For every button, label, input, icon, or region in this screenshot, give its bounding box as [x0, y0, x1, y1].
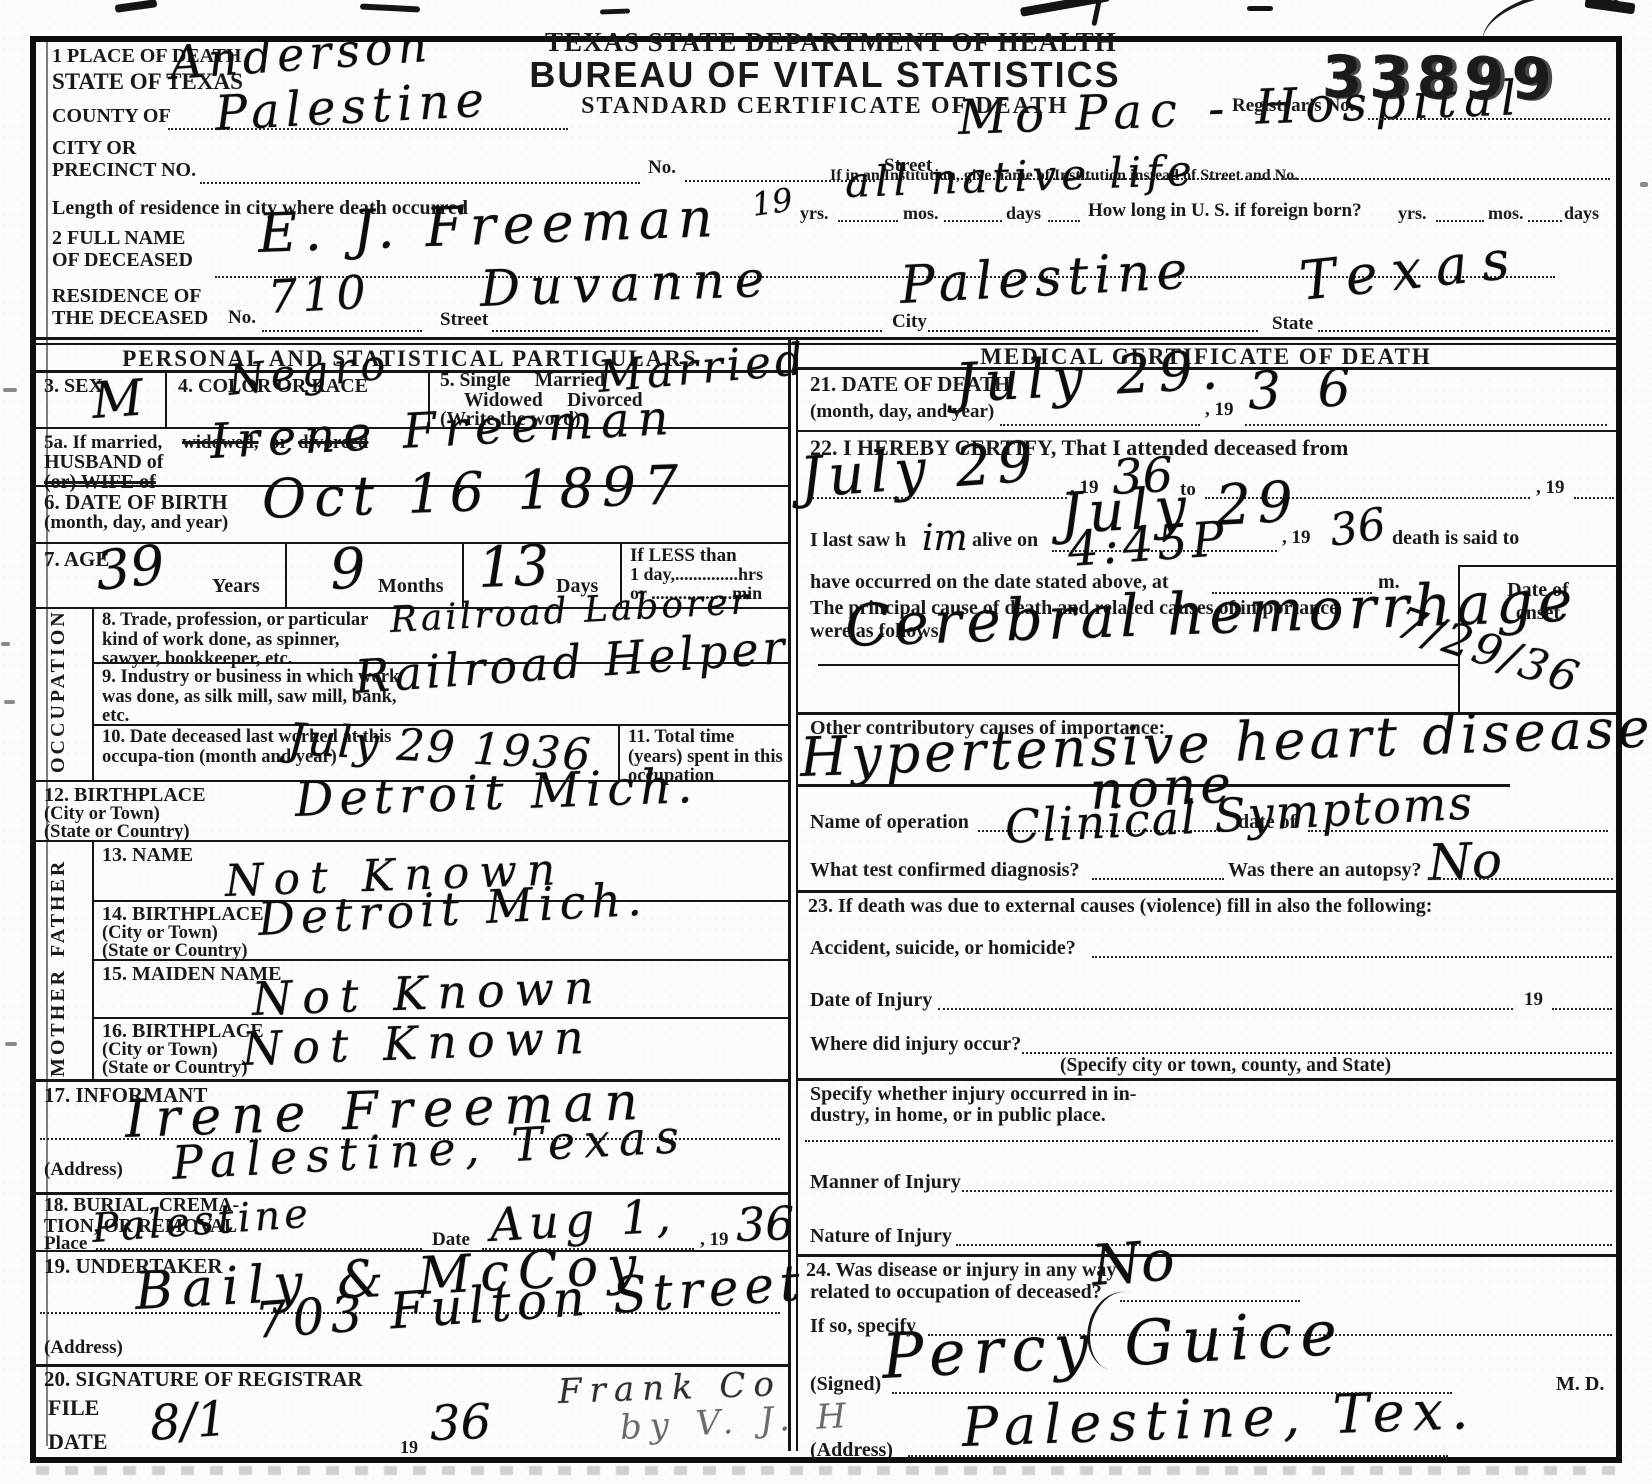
scan-noise-band — [36, 1466, 1616, 1475]
death-certificate-scan: 1 PLACE OF DEATH STATE OF TEXAS COUNTY O… — [0, 0, 1652, 1484]
days-label: days — [1006, 204, 1041, 223]
full-name-label-1: 2 FULL NAME — [52, 228, 185, 249]
address-label: (Address) — [810, 1440, 893, 1461]
cell-divider — [285, 542, 287, 607]
dotted-line — [1552, 1008, 1612, 1010]
foreign-born-label: How long in U. S. if foreign born? — [1088, 201, 1362, 221]
file-19-label: 19 — [400, 1438, 418, 1457]
registrar-no-stamp: 33899 — [1322, 43, 1559, 113]
yrs-line-2 — [1436, 220, 1484, 222]
years-label: Years — [212, 576, 260, 597]
file-date-value: 8/1 — [148, 1391, 229, 1452]
scan-mark — [1247, 6, 1273, 11]
mos-line-2 — [1528, 220, 1562, 222]
yrs-label-2: yrs. — [1398, 204, 1427, 223]
file-label: FILE — [48, 1396, 99, 1419]
cell-divider — [165, 370, 167, 427]
last-saw-label: I last saw h — [810, 530, 906, 551]
group-divider — [92, 607, 94, 780]
dotted-line — [1245, 424, 1607, 426]
residence-no-label: No. — [228, 308, 256, 328]
specify-whether-label: Specify whether injury occurred in in-du… — [810, 1084, 1180, 1126]
rule — [818, 664, 1458, 666]
q24-value: No — [1090, 1228, 1177, 1299]
q23-label: 23. If death was due to external causes … — [808, 896, 1432, 917]
months-label: Months — [378, 576, 444, 597]
accident-label: Accident, suicide, or homicide? — [810, 938, 1076, 959]
county-label: COUNTY OF — [52, 106, 171, 127]
q13-label: 13. NAME — [102, 845, 193, 866]
precinct-no-label: PRECINCT NO. — [52, 160, 196, 181]
injury-date-label: Date of Injury — [810, 990, 932, 1011]
dotted-line — [956, 1244, 1612, 1246]
q22-19-label-2: , 19 — [1536, 478, 1565, 498]
injury-where-label: Where did injury occur? — [810, 1034, 1021, 1055]
residence-label-2: THE DECEASED — [52, 308, 208, 329]
operation-label: Name of operation — [810, 812, 969, 833]
residence-label-1: RESIDENCE OF — [52, 286, 201, 307]
yrs-line — [838, 220, 898, 222]
q16-state-country: (State or Country) — [102, 1059, 248, 1079]
father-side-label: FATHER — [48, 852, 69, 957]
test-label: What test confirmed diagnosis? — [810, 860, 1079, 881]
residence-no-value: 710 — [267, 265, 372, 324]
file-date-label: DATE — [48, 1430, 108, 1453]
scan-mark — [4, 700, 15, 704]
rule — [798, 430, 1616, 432]
mos-label: mos. — [903, 204, 939, 223]
days-label-2: days — [1564, 204, 1599, 223]
rule — [798, 1254, 1616, 1257]
q24-label-1: 24. Was disease or injury in any way — [806, 1260, 1116, 1281]
residence-state-label: State — [1272, 314, 1313, 334]
dotted-line — [962, 1190, 1612, 1192]
time-value: 4:45P — [1066, 511, 1230, 578]
scan-mark — [360, 3, 420, 12]
occupation-side-label: OCCUPATION — [48, 618, 69, 773]
q16-label: 16. BIRTHPLACE — [102, 1021, 264, 1042]
q20-label: 20. SIGNATURE OF REGISTRAR — [44, 1368, 363, 1390]
rule — [798, 890, 1616, 893]
manner-label: Manner of Injury — [810, 1172, 961, 1193]
sex-value: M — [90, 368, 145, 429]
scan-mark — [600, 8, 630, 14]
mos-label-2: mos. — [1488, 204, 1524, 223]
residence-state-line — [1318, 330, 1610, 332]
autopsy-value: No — [1427, 831, 1503, 892]
cert-title: STANDARD CERTIFICATE OF DEATH — [545, 94, 1105, 119]
age-days-value: 13 — [477, 534, 550, 601]
last-year-value: 36 — [1326, 498, 1389, 556]
dotted-line — [812, 497, 1067, 499]
rule — [798, 1078, 1616, 1081]
residence-street-line — [492, 330, 882, 332]
specify-note-label: (Specify city or town, county, and State… — [1060, 1056, 1391, 1077]
scan-mark — [1, 642, 10, 646]
residence-street-value: Duvanne — [479, 250, 775, 318]
autopsy-label: Was there an autopsy? — [1228, 860, 1422, 881]
dotted-line — [805, 1140, 1613, 1142]
section-divider — [30, 337, 1616, 340]
dotted-line — [1574, 497, 1614, 499]
last-19-label: , 19 — [1282, 528, 1311, 548]
yrs-label: yrs. — [800, 204, 829, 223]
scan-mark — [1640, 182, 1648, 187]
age-months-value: 9 — [328, 536, 367, 603]
age-years-value: 39 — [93, 533, 168, 603]
q14-label: 14. BIRTHPLACE — [102, 904, 264, 925]
mother-side-label: MOTHER — [48, 972, 69, 1077]
days-line — [1048, 220, 1080, 222]
q12-label: 12. BIRTHPLACE — [44, 785, 206, 806]
q21-19-label: , 19 — [1205, 400, 1234, 420]
dotted-line — [938, 1008, 1513, 1010]
dotted-line — [1022, 1052, 1612, 1054]
mos-line — [944, 220, 1002, 222]
dotted-line — [1092, 878, 1224, 880]
file-year-value: 36 — [429, 1394, 492, 1452]
scan-mark — [5, 1042, 17, 1046]
residence-city-line — [928, 330, 1258, 332]
bureau-title: BUREAU OF VITAL STATISTICS — [520, 56, 1130, 94]
scan-mark — [115, 0, 158, 13]
rule — [92, 959, 788, 961]
dob-label: 6. DATE OF BIRTH — [44, 491, 228, 513]
dotted-line — [1092, 956, 1612, 958]
registrar-no-line — [1368, 118, 1610, 120]
full-name-label-2: OF DECEASED — [52, 250, 193, 271]
md-label: M. D. — [1556, 1374, 1604, 1395]
rule — [30, 840, 788, 842]
precinct-line — [200, 182, 640, 184]
dob-sublabel: (month, day, and year) — [44, 513, 228, 533]
q21-year-value: 3 6 — [1247, 358, 1362, 422]
him-value: im — [922, 518, 968, 559]
q24-label-2: related to occupation of deceased? — [810, 1282, 1102, 1303]
injury-19-label: 19 — [1524, 990, 1543, 1010]
dept-title: TEXAS STATE DEPARTMENT OF HEALTH — [545, 28, 1105, 57]
residence-no-line — [262, 330, 422, 332]
husband-of-label: HUSBAND of — [44, 452, 163, 473]
said-to-label: death is said to — [1392, 528, 1519, 549]
residence-length-value: 19 — [749, 181, 795, 224]
scan-mark — [3, 388, 17, 392]
q18-year-value: 36 — [735, 1196, 795, 1252]
alive-on-label: alive on — [972, 530, 1038, 551]
q17-address-label: (Address) — [44, 1160, 123, 1180]
q18-19-label: , 19 — [700, 1230, 729, 1250]
marital-label-1: 5. Single Married — [440, 371, 605, 392]
dotted-line — [1000, 424, 1200, 426]
q19-address-label: (Address) — [44, 1338, 123, 1358]
city-or-label: CITY OR — [52, 138, 136, 159]
nature-label: Nature of Injury — [810, 1226, 952, 1247]
signed-label: (Signed) — [810, 1374, 881, 1395]
no-label: No. — [648, 158, 676, 178]
dotted-line — [1428, 878, 1613, 880]
